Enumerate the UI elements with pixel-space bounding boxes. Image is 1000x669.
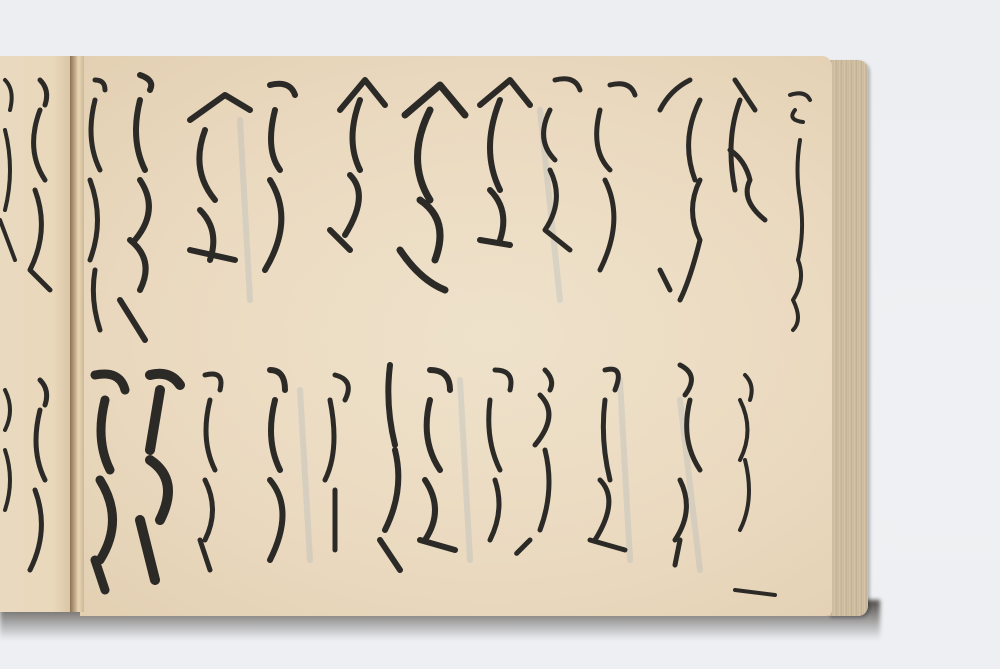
calligraphy-ink [0,0,1000,669]
